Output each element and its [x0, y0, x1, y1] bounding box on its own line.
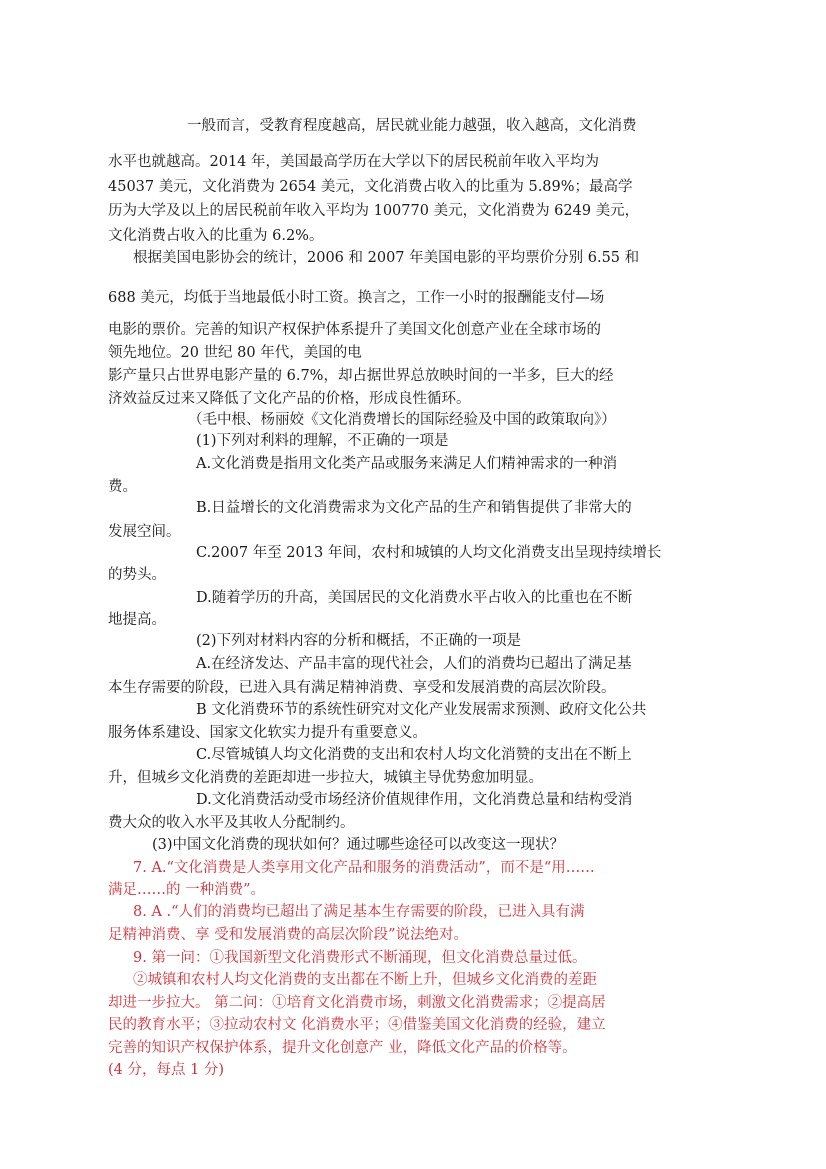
option-line: D.文化消费活动受市场经济价值规律作用，文化消费总量和结构受消 [196, 791, 632, 809]
passage-line: 济效益反过来又降低了文化产品的价格，形成良性循环。 [108, 390, 471, 408]
option-line: 本生存需要的阶段，已进入具有满足精神消费、享受和发展消费的高层次阶段。 [108, 679, 616, 697]
answer-line: (4 分，每点 1 分) [108, 1061, 224, 1079]
question-stem: (3)中国文化消费的现状如何？通过哪些途径可以改变这一现状？ [152, 836, 564, 854]
option-line: 费大众的收入水平及其收人分配制约。 [108, 814, 355, 832]
option-line: A.在经济发达、产品丰富的现代社会，人们的消费均已超出了满足基 [196, 655, 632, 673]
answer-line: 完善的知识产权保护体系，提升文化创意产 业，降低文化产品的价格等。 [108, 1039, 577, 1057]
option-line: 地提高。 [108, 611, 166, 629]
option-line: B.日益增长的文化消费需求为文化产品的生产和销售提供了非常大的 [196, 499, 632, 517]
answer-line: 8. A .“人们的消费均已超出了满足基本生存需要的阶段，已进入具有满 [133, 903, 585, 921]
answer-line: 9. 第一问：①我国新型文化消费形式不断涌现，但文化消费总量过低。 [133, 949, 586, 967]
passage-line: 688 美元，均低于当地最低小时工资。换言之，工作一小时的报酬能支付—场 [108, 289, 604, 307]
option-line: C.2007 年至 2013 年间，农村和城镇的人均文化消费支出呈现持续增长 [196, 544, 661, 562]
option-line: 服务体系建设、国家文化软实力提升有重要意义。 [108, 724, 427, 742]
question-stem: (1)下列对利料的理解，不正确的一项是 [196, 432, 449, 450]
option-line: D.随着学历的升高，美国居民的文化消费水平占收入的比重也在不断 [196, 589, 632, 607]
passage-line: 根据美国电影协会的统计，2006 和 2007 年美国电影的平均票价分别 6.5… [133, 249, 639, 267]
option-line: 升，但城乡文化消费的差距却进一步拉大，城镇主导优势愈加明显。 [108, 769, 543, 787]
option-line: C.尽管城镇人均文化消费的支出和农村人均文化消赞的支出在不断上 [196, 746, 632, 764]
option-line: A.文化消费是指用文化类产品或服务来满足人们精神需求的一种消 [196, 455, 617, 473]
passage-line: 文化消费占收入的比重为 6.2%。 [108, 227, 323, 245]
passage-line: 45037 美元，文化消费为 2654 美元，文化消费占收入的比重为 5.89%… [108, 178, 633, 196]
answer-line: 却进一步拉大。 第二问：①培育文化消费市场，刺激文化消费需求；②提高居 [108, 994, 606, 1012]
option-line: 的势头。 [108, 566, 166, 584]
option-line: 费。 [108, 478, 137, 496]
answer-line: 足精神消费、享 受和发展消费的高层次阶段”说法绝对。 [108, 926, 468, 944]
passage-line: 电影的票价。完善的知识产权保护体系提升了美国文化创意产业在全球市场的 [108, 321, 601, 339]
passage-line: 领先地位。20 世纪 80 年代，美国的电 [108, 344, 362, 362]
answer-line: 满足……的 一种消费”。 [108, 881, 265, 899]
passage-line: （毛中根、杨丽姣《文化消费增长的国际经验及中国的政策取向》） [188, 411, 616, 429]
option-line: B 文化消费环节的系统性研究对文化产业发展需求预测、政府文化公共 [196, 701, 646, 719]
option-line: 发展空间。 [108, 523, 181, 541]
passage-line: 水平也就越高。2014 年，美国最高学历在大学以下的居民税前年收入平均为 [108, 153, 599, 171]
answer-line: ②城镇和农村人均文化消费的支出都在不断上升，但城乡文化消费的差距 [133, 971, 597, 989]
passage-line: 影产量只占世界电影产量的 6.7%，却占据世界总放映时间的一半多，巨大的经 [108, 367, 613, 385]
passage-line: 一般而言，受教育程度越高，居民就业能力越强，收入越高，文化消费 [187, 117, 637, 135]
question-stem: (2)下列对材料内容的分析和概括，不正确的一项是 [196, 632, 521, 650]
answer-line: 民的教育水平；③拉动农村文 化消费水平；④借鉴美国文化消费的经验，建立 [108, 1016, 606, 1034]
passage-line: 历为大学及以上的居民税前年收入平均为 100770 美元，文化消费为 6249 … [108, 202, 639, 220]
answer-line: 7. A.“文化消费是人类享用文化产品和服务的消费活动”，而不是“用…… [133, 859, 595, 877]
